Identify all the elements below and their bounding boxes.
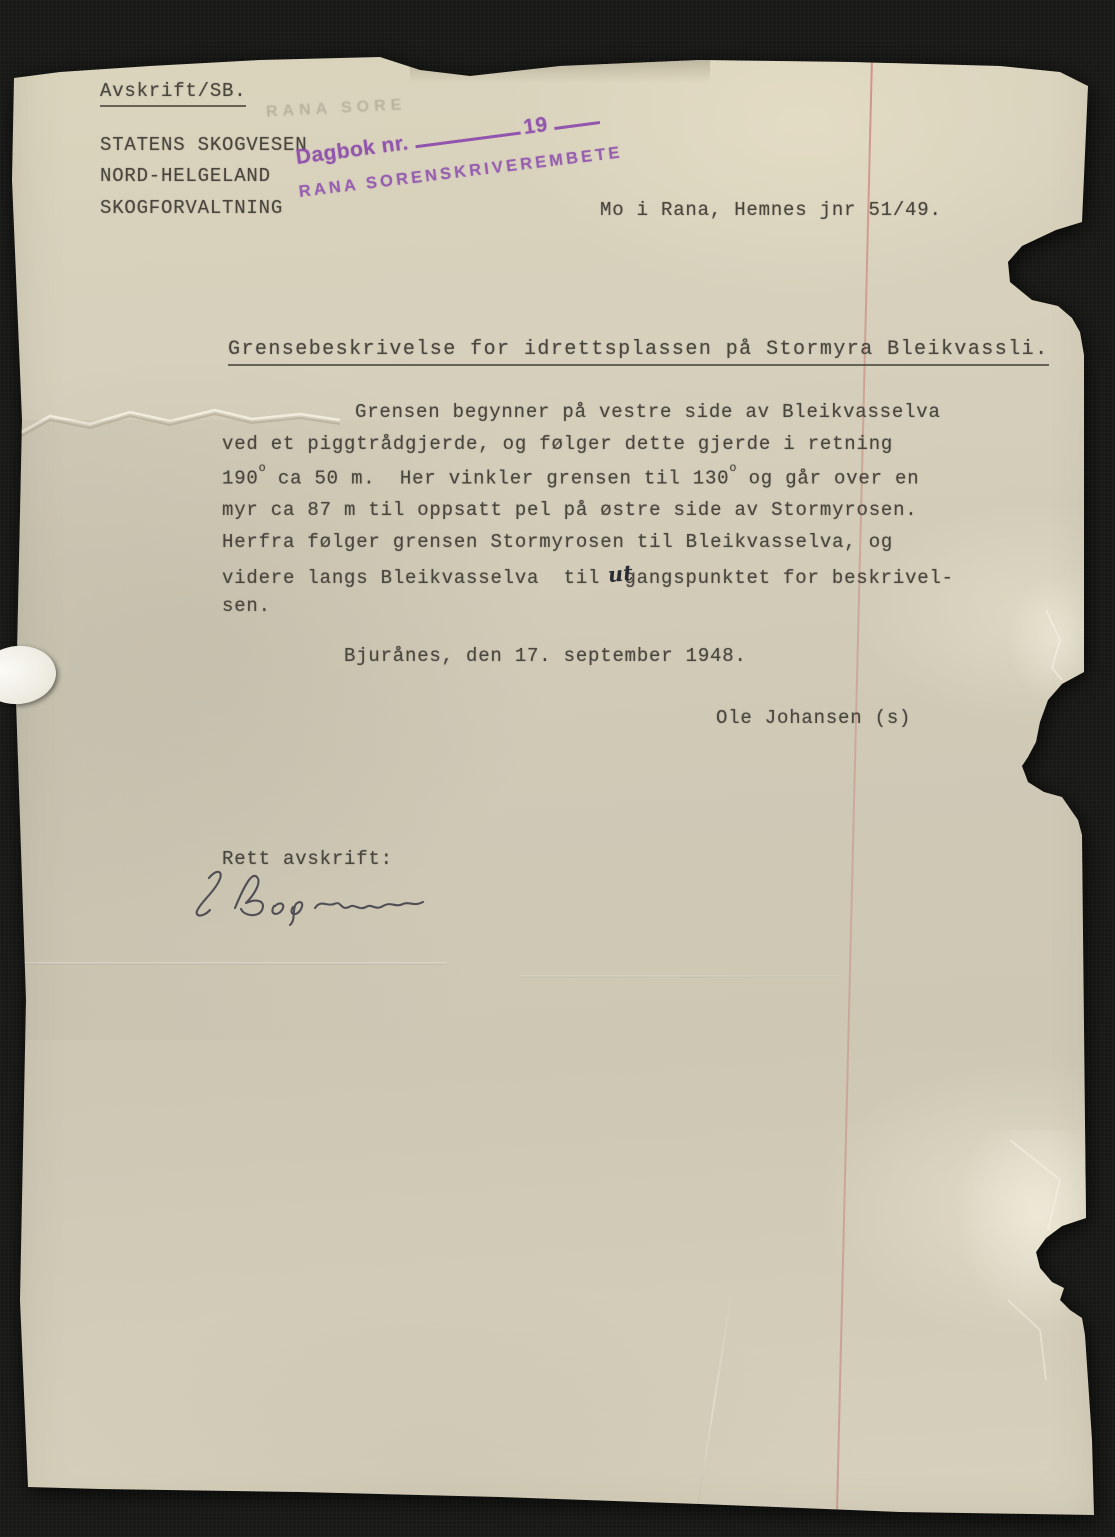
diagonal-crease [692, 1281, 735, 1537]
handwritten-correction: ut [607, 560, 634, 587]
org-line-2: NORD-HELGELAND [100, 165, 271, 187]
place-date-line: Bjurånes, den 17. september 1948. [344, 645, 747, 667]
margin-rule-line [836, 57, 873, 1513]
degree-sign: o [259, 461, 266, 475]
body-line: 190o ca 50 m. Her vinkler grensen til 13… [222, 466, 919, 489]
dagbok-stamp-label: Dagbok nr. [294, 131, 410, 169]
dagbok-stamp-blank-line [415, 131, 521, 149]
body-line: sen. [222, 595, 271, 617]
right-mid-peel-patch [1010, 580, 1090, 700]
scan-background: Avskrift/SB. STATENS SKOGVESEN NORD-HELG… [0, 0, 1115, 1537]
horizontal-crease [16, 962, 446, 965]
horizontal-crease [520, 975, 840, 978]
left-tear-line [0, 0, 1115, 1537]
dagbok-stamp-year-line [554, 120, 600, 130]
document-page: Avskrift/SB. STATENS SKOGVESEN NORD-HELG… [0, 0, 1115, 1537]
faint-rana-stamp: RANA SORE [266, 96, 407, 121]
dagbok-stamp-year: 19 [522, 113, 549, 139]
document-title: Grensebeskrivelse for idrettsplassen på … [228, 338, 1049, 366]
signed-name: Ole Johansen (s) [716, 707, 911, 729]
bottom-right-peel-patch [960, 1130, 1090, 1320]
body-line: Grensen begynner på vestre side av Bleik… [355, 401, 941, 423]
body-line: myr ca 87 m til oppsatt pel på østre sid… [222, 499, 918, 521]
handwritten-signature [183, 862, 453, 926]
org-line-3: SKOGFORVALTNING [100, 197, 283, 219]
body-line: videre langs Bleikvasselva til utgangspu… [222, 563, 954, 589]
body-line: ved et piggtrådgjerde, og følger dette g… [222, 433, 893, 455]
top-fold-shadow [410, 57, 710, 83]
org-line-1: STATENS SKOGVESEN [100, 134, 307, 156]
body-line: Herfra følger grensen Stormyrosen til Bl… [222, 531, 893, 553]
doc-ref: Avskrift/SB. [100, 80, 246, 107]
place-ref-line: Mo i Rana, Hemnes jnr 51/49. [600, 199, 942, 221]
degree-sign: o [729, 461, 736, 475]
